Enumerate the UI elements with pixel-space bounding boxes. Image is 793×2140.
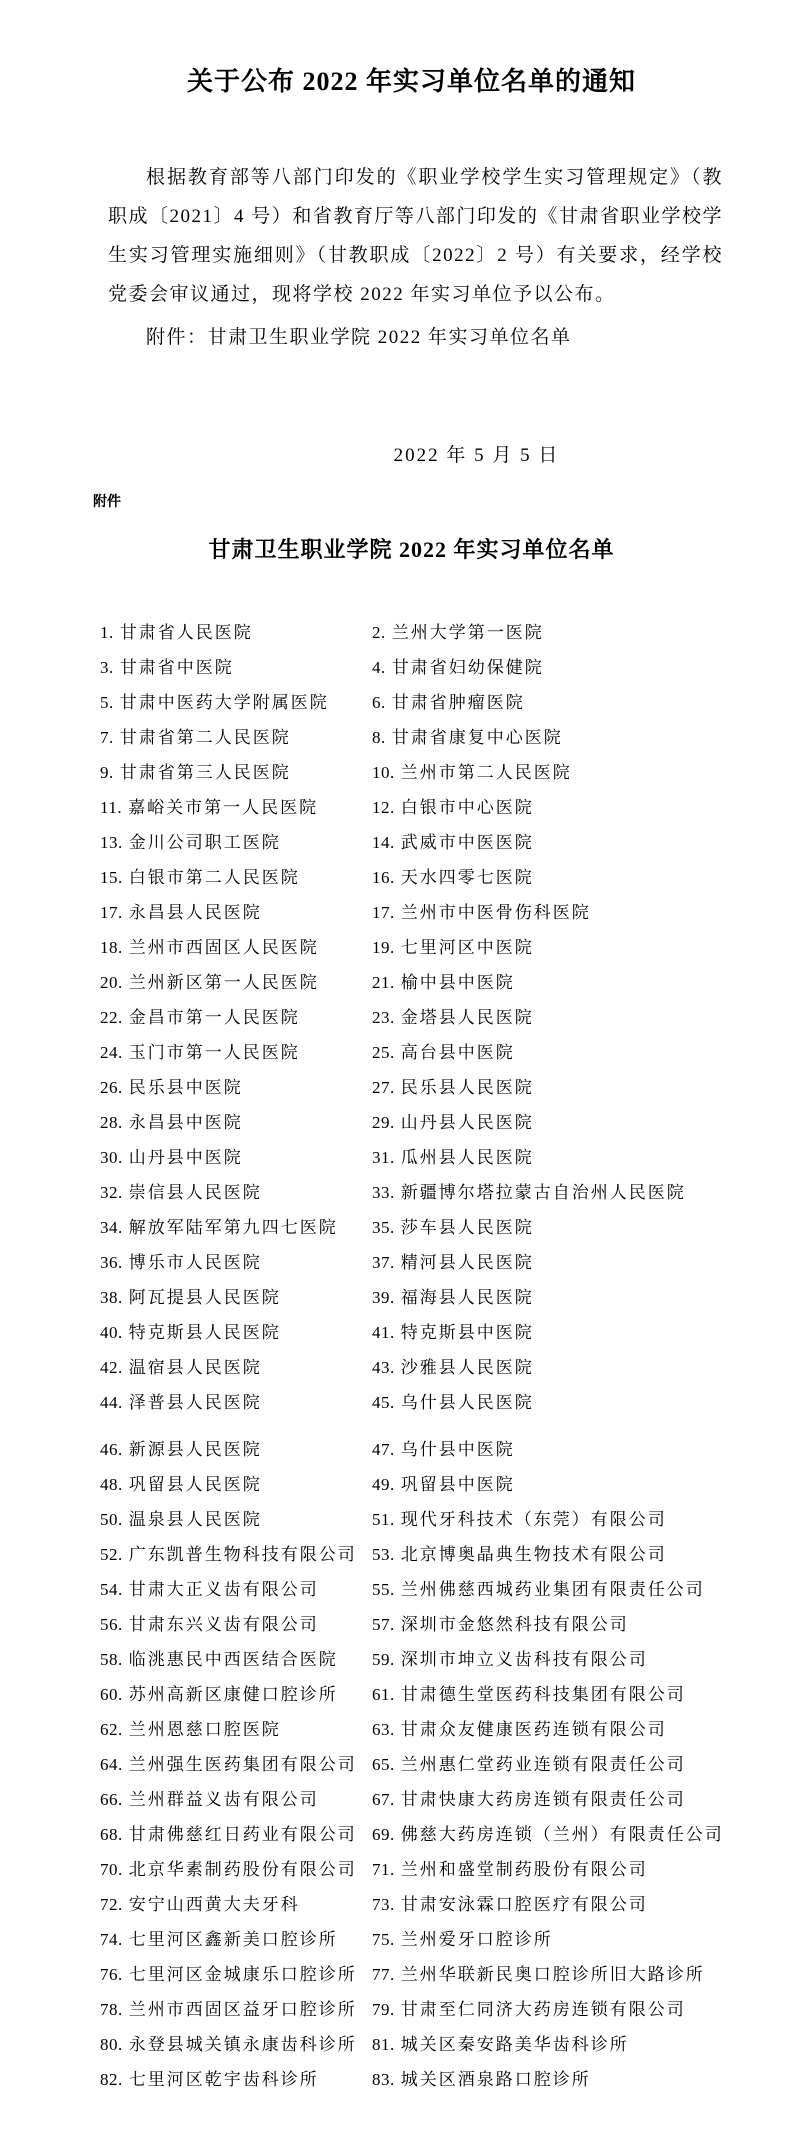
list-item: 72.安宁山西黄大夫牙科	[100, 1887, 372, 1922]
item-name: 深圳市坤立义齿科技有限公司	[401, 1650, 648, 1669]
item-name: 永昌县人民医院	[129, 903, 262, 922]
list-item: 60.苏州高新区康健口腔诊所	[100, 1677, 372, 1712]
list-item: 40.特克斯县人民医院	[100, 1315, 372, 1350]
list-item: 64.兰州强生医药集团有限公司	[100, 1747, 372, 1782]
item-number: 48.	[100, 1475, 123, 1494]
item-number: 59.	[372, 1650, 395, 1669]
item-name: 七里河区金城康乐口腔诊所	[129, 1965, 357, 1984]
item-name: 莎车县人民医院	[401, 1218, 534, 1237]
item-number: 55.	[372, 1580, 395, 1599]
item-number: 26.	[100, 1078, 123, 1097]
list-item: 77.兰州华联新民奥口腔诊所旧大路诊所	[372, 1957, 724, 1992]
item-name: 兰州市西固区人民医院	[129, 938, 319, 957]
list-item: 51.现代牙科技术（东莞）有限公司	[372, 1502, 724, 1537]
item-name: 兰州和盛堂制药股份有限公司	[401, 1860, 648, 1879]
item-number: 28.	[100, 1113, 123, 1132]
item-number: 30.	[100, 1148, 123, 1167]
item-name: 深圳市金悠然科技有限公司	[401, 1615, 629, 1634]
item-number: 34.	[100, 1218, 123, 1237]
item-name: 崇信县人民医院	[129, 1183, 262, 1202]
item-number: 64.	[100, 1755, 123, 1774]
item-name: 白银市第二人民医院	[129, 868, 300, 887]
item-number: 43.	[372, 1358, 395, 1377]
item-number: 74.	[100, 1930, 123, 1949]
list-item: 62.兰州恩慈口腔医院	[100, 1712, 372, 1747]
list-item: 34.解放军陆军第九四七医院	[100, 1210, 372, 1245]
list-item: 48.巩留县人民医院	[100, 1467, 372, 1502]
item-number: 41.	[372, 1323, 395, 1342]
item-name: 兰州佛慈西城药业集团有限责任公司	[401, 1580, 705, 1599]
item-number: 12.	[372, 798, 395, 817]
item-number: 2.	[372, 623, 386, 642]
item-name: 武威市中医医院	[401, 833, 534, 852]
list-item: 22.金昌市第一人民医院	[100, 1000, 372, 1035]
item-number: 4.	[372, 658, 386, 677]
item-number: 54.	[100, 1580, 123, 1599]
item-name: 福海县人民医院	[401, 1288, 534, 1307]
list-item: 4.甘肃省妇幼保健院	[372, 650, 723, 685]
item-number: 75.	[372, 1930, 395, 1949]
item-number: 23.	[372, 1008, 395, 1027]
item-number: 82.	[100, 2070, 123, 2089]
list-item: 44.泽普县人民医院	[100, 1385, 372, 1420]
item-number: 78.	[100, 2000, 123, 2019]
list-item: 81.城关区秦安路美华齿科诊所	[372, 2027, 724, 2062]
body-paragraph: 根据教育部等八部门印发的《职业学校学生实习管理规定》（教职成〔2021〕4 号）…	[108, 158, 723, 314]
item-name: 安宁山西黄大夫牙科	[129, 1895, 300, 1914]
item-name: 北京博奥晶典生物技术有限公司	[401, 1545, 667, 1564]
item-number: 17.	[100, 903, 123, 922]
list-item: 11.嘉峪关市第一人民医院	[100, 790, 372, 825]
item-name: 佛慈大药房连锁（兰州）有限责任公司	[401, 1825, 724, 1844]
item-number: 60.	[100, 1685, 123, 1704]
list-item: 76.七里河区金城康乐口腔诊所	[100, 1957, 372, 1992]
list-item: 57.深圳市金悠然科技有限公司	[372, 1607, 724, 1642]
item-name: 高台县中医院	[401, 1043, 515, 1062]
item-name: 温宿县人民医院	[129, 1358, 262, 1377]
item-number: 49.	[372, 1475, 395, 1494]
list-item: 18.兰州市西固区人民医院	[100, 930, 372, 965]
list-item: 65.兰州惠仁堂药业连锁有限责任公司	[372, 1747, 724, 1782]
item-number: 19.	[372, 938, 395, 957]
item-number: 37.	[372, 1253, 395, 1272]
item-number: 50.	[100, 1510, 123, 1529]
item-name: 北京华素制药股份有限公司	[129, 1860, 357, 1879]
item-number: 14.	[372, 833, 395, 852]
item-name: 兰州惠仁堂药业连锁有限责任公司	[401, 1755, 686, 1774]
list-item: 6.甘肃省肿瘤医院	[372, 685, 723, 720]
item-number: 11.	[100, 798, 122, 817]
list-item: 73.甘肃安泳霖口腔医疗有限公司	[372, 1887, 724, 1922]
item-name: 甘肃省康复中心医院	[392, 728, 563, 747]
unit-list-group-1: 1.甘肃省人民医院2.兰州大学第一医院3.甘肃省中医院4.甘肃省妇幼保健院5.甘…	[100, 615, 723, 1420]
list-item: 16.天水四零七医院	[372, 860, 723, 895]
list-item: 26.民乐县中医院	[100, 1070, 372, 1105]
item-name: 甘肃省第二人民医院	[120, 728, 291, 747]
item-number: 53.	[372, 1545, 395, 1564]
list-item: 45.乌什县人民医院	[372, 1385, 723, 1420]
item-name: 民乐县人民医院	[401, 1078, 534, 1097]
list-item: 75.兰州爱牙口腔诊所	[372, 1922, 724, 1957]
item-number: 20.	[100, 973, 123, 992]
item-number: 57.	[372, 1615, 395, 1634]
item-number: 36.	[100, 1253, 123, 1272]
list-item: 46.新源县人民医院	[100, 1432, 372, 1467]
item-number: 32.	[100, 1183, 123, 1202]
item-number: 21.	[372, 973, 395, 992]
item-number: 9.	[100, 763, 114, 782]
list-item: 67.甘肃快康大药房连锁有限责任公司	[372, 1782, 724, 1817]
list-item: 20.兰州新区第一人民医院	[100, 965, 372, 1000]
appendix-title: 甘肃卫生职业学院 2022 年实习单位名单	[100, 533, 723, 567]
notice-document: 关于公布 2022 年实习单位名单的通知 根据教育部等八部门印发的《职业学校学生…	[0, 0, 793, 2140]
item-name: 甘肃安泳霖口腔医疗有限公司	[401, 1895, 648, 1914]
item-number: 7.	[100, 728, 114, 747]
item-number: 67.	[372, 1790, 395, 1809]
item-name: 兰州市中医骨伤科医院	[401, 903, 591, 922]
item-name: 瓜州县人民医院	[401, 1148, 534, 1167]
item-name: 山丹县中医院	[129, 1148, 243, 1167]
list-item: 8.甘肃省康复中心医院	[372, 720, 723, 755]
item-name: 七里河区乾宇齿科诊所	[129, 2070, 319, 2089]
item-name: 民乐县中医院	[129, 1078, 243, 1097]
item-name: 沙雅县人民医院	[401, 1358, 534, 1377]
item-name: 甘肃众友健康医药连锁有限公司	[401, 1720, 667, 1739]
list-item: 14.武威市中医医院	[372, 825, 723, 860]
item-name: 天水四零七医院	[401, 868, 534, 887]
list-item: 1.甘肃省人民医院	[100, 615, 372, 650]
list-item: 3.甘肃省中医院	[100, 650, 372, 685]
list-item: 53.北京博奥晶典生物技术有限公司	[372, 1537, 724, 1572]
item-number: 73.	[372, 1895, 395, 1914]
appendix-label: 附件	[93, 491, 723, 511]
item-name: 甘肃佛慈红日药业有限公司	[129, 1825, 357, 1844]
item-name: 兰州新区第一人民医院	[129, 973, 319, 992]
item-number: 8.	[372, 728, 386, 747]
list-item: 41.特克斯县中医院	[372, 1315, 723, 1350]
item-number: 83.	[372, 2070, 395, 2089]
item-name: 白银市中心医院	[401, 798, 534, 817]
item-name: 甘肃至仁同济大药房连锁有限公司	[401, 2000, 686, 2019]
item-name: 乌什县中医院	[401, 1440, 515, 1459]
item-name: 新疆博尔塔拉蒙古自治州人民医院	[401, 1183, 686, 1202]
list-item: 24.玉门市第一人民医院	[100, 1035, 372, 1070]
item-name: 嘉峪关市第一人民医院	[128, 798, 318, 817]
item-name: 临洮惠民中西医结合医院	[129, 1650, 338, 1669]
item-name: 甘肃东兴义齿有限公司	[129, 1615, 319, 1634]
item-number: 42.	[100, 1358, 123, 1377]
list-item: 68.甘肃佛慈红日药业有限公司	[100, 1817, 372, 1852]
list-item: 10.兰州市第二人民医院	[372, 755, 723, 790]
item-number: 38.	[100, 1288, 123, 1307]
item-name: 山丹县人民医院	[401, 1113, 534, 1132]
item-name: 兰州市西固区益牙口腔诊所	[129, 2000, 357, 2019]
item-name: 兰州华联新民奥口腔诊所旧大路诊所	[401, 1965, 705, 1984]
item-number: 81.	[372, 2035, 395, 2054]
item-number: 77.	[372, 1965, 395, 1984]
item-name: 七里河区中医院	[401, 938, 534, 957]
item-name: 泽普县人民医院	[129, 1393, 262, 1412]
date-line: 2022 年 5 月 5 日	[230, 441, 723, 471]
list-item: 37.精河县人民医院	[372, 1245, 723, 1280]
list-item: 82.七里河区乾宇齿科诊所	[100, 2062, 372, 2097]
item-number: 29.	[372, 1113, 395, 1132]
item-number: 35.	[372, 1218, 395, 1237]
item-number: 76.	[100, 1965, 123, 1984]
list-item: 56.甘肃东兴义齿有限公司	[100, 1607, 372, 1642]
item-name: 温泉县人民医院	[129, 1510, 262, 1529]
list-item: 69.佛慈大药房连锁（兰州）有限责任公司	[372, 1817, 724, 1852]
list-item: 13.金川公司职工医院	[100, 825, 372, 860]
item-number: 56.	[100, 1615, 123, 1634]
item-name: 兰州爱牙口腔诊所	[401, 1930, 553, 1949]
item-number: 5.	[100, 693, 114, 712]
item-number: 58.	[100, 1650, 123, 1669]
item-number: 68.	[100, 1825, 123, 1844]
list-item: 54.甘肃大正义齿有限公司	[100, 1572, 372, 1607]
list-item: 29.山丹县人民医院	[372, 1105, 723, 1140]
item-name: 甘肃省中医院	[120, 658, 234, 677]
list-item: 70.北京华素制药股份有限公司	[100, 1852, 372, 1887]
item-name: 永昌县中医院	[129, 1113, 243, 1132]
item-name: 七里河区鑫新美口腔诊所	[129, 1930, 338, 1949]
item-number: 61.	[372, 1685, 395, 1704]
list-item: 49.巩留县中医院	[372, 1467, 724, 1502]
item-number: 6.	[372, 693, 386, 712]
item-name: 精河县人民医院	[401, 1253, 534, 1272]
item-name: 广东凯普生物科技有限公司	[129, 1545, 357, 1564]
item-name: 兰州强生医药集团有限公司	[129, 1755, 357, 1774]
item-number: 33.	[372, 1183, 395, 1202]
list-item: 27.民乐县人民医院	[372, 1070, 723, 1105]
item-number: 45.	[372, 1393, 395, 1412]
list-item: 42.温宿县人民医院	[100, 1350, 372, 1385]
list-item: 31.瓜州县人民医院	[372, 1140, 723, 1175]
list-item: 74.七里河区鑫新美口腔诊所	[100, 1922, 372, 1957]
item-number: 16.	[372, 868, 395, 887]
item-number: 63.	[372, 1720, 395, 1739]
list-item: 15.白银市第二人民医院	[100, 860, 372, 895]
item-name: 甘肃省妇幼保健院	[392, 658, 544, 677]
item-name: 特克斯县中医院	[401, 1323, 534, 1342]
item-number: 39.	[372, 1288, 395, 1307]
item-number: 79.	[372, 2000, 395, 2019]
list-item: 52.广东凯普生物科技有限公司	[100, 1537, 372, 1572]
item-number: 72.	[100, 1895, 123, 1914]
item-name: 博乐市人民医院	[129, 1253, 262, 1272]
item-name: 解放军陆军第九四七医院	[129, 1218, 338, 1237]
list-item: 32.崇信县人民医院	[100, 1175, 372, 1210]
item-name: 新源县人民医院	[129, 1440, 262, 1459]
item-name: 甘肃省人民医院	[120, 623, 253, 642]
item-name: 现代牙科技术（东莞）有限公司	[401, 1510, 667, 1529]
item-number: 66.	[100, 1790, 123, 1809]
list-item: 30.山丹县中医院	[100, 1140, 372, 1175]
item-number: 1.	[100, 623, 114, 642]
list-item: 33.新疆博尔塔拉蒙古自治州人民医院	[372, 1175, 723, 1210]
item-name: 甘肃德生堂医药科技集团有限公司	[401, 1685, 686, 1704]
list-item: 71.兰州和盛堂制药股份有限公司	[372, 1852, 724, 1887]
attachment-ref-line: 附件：甘肃卫生职业学院 2022 年实习单位名单	[108, 318, 723, 357]
list-item: 78.兰州市西固区益牙口腔诊所	[100, 1992, 372, 2027]
item-number: 10.	[372, 763, 395, 782]
item-number: 24.	[100, 1043, 123, 1062]
item-name: 甘肃中医药大学附属医院	[120, 693, 329, 712]
list-item: 19.七里河区中医院	[372, 930, 723, 965]
item-name: 榆中县中医院	[401, 973, 515, 992]
list-item: 39.福海县人民医院	[372, 1280, 723, 1315]
item-number: 51.	[372, 1510, 395, 1529]
list-item: 5.甘肃中医药大学附属医院	[100, 685, 372, 720]
item-number: 70.	[100, 1860, 123, 1879]
list-item: 80.永登县城关镇永康齿科诊所	[100, 2027, 372, 2062]
item-name: 金塔县人民医院	[401, 1008, 534, 1027]
item-number: 47.	[372, 1440, 395, 1459]
item-name: 阿瓦提县人民医院	[129, 1288, 281, 1307]
list-item: 7.甘肃省第二人民医院	[100, 720, 372, 755]
list-item: 35.莎车县人民医院	[372, 1210, 723, 1245]
list-item: 12.白银市中心医院	[372, 790, 723, 825]
item-name: 兰州大学第一医院	[392, 623, 544, 642]
list-item: 25.高台县中医院	[372, 1035, 723, 1070]
list-item: 47.乌什县中医院	[372, 1432, 724, 1467]
item-name: 兰州恩慈口腔医院	[129, 1720, 281, 1739]
list-item: 36.博乐市人民医院	[100, 1245, 372, 1280]
list-item: 83.城关区酒泉路口腔诊所	[372, 2062, 724, 2097]
item-name: 巩留县人民医院	[129, 1475, 262, 1494]
item-name: 甘肃快康大药房连锁有限责任公司	[401, 1790, 686, 1809]
list-item: 23.金塔县人民医院	[372, 1000, 723, 1035]
item-number: 65.	[372, 1755, 395, 1774]
item-name: 甘肃省第三人民医院	[120, 763, 291, 782]
list-item: 17.永昌县人民医院	[100, 895, 372, 930]
list-item: 43.沙雅县人民医院	[372, 1350, 723, 1385]
list-item: 28.永昌县中医院	[100, 1105, 372, 1140]
item-number: 13.	[100, 833, 123, 852]
list-item: 61.甘肃德生堂医药科技集团有限公司	[372, 1677, 724, 1712]
item-number: 40.	[100, 1323, 123, 1342]
item-number: 18.	[100, 938, 123, 957]
item-number: 22.	[100, 1008, 123, 1027]
item-name: 玉门市第一人民医院	[129, 1043, 300, 1062]
list-item: 58.临洮惠民中西医结合医院	[100, 1642, 372, 1677]
item-name: 金昌市第一人民医院	[129, 1008, 300, 1027]
list-item: 79.甘肃至仁同济大药房连锁有限公司	[372, 1992, 724, 2027]
item-number: 71.	[372, 1860, 395, 1879]
item-number: 15.	[100, 868, 123, 887]
list-item: 55.兰州佛慈西城药业集团有限责任公司	[372, 1572, 724, 1607]
item-name: 兰州群益义齿有限公司	[129, 1790, 319, 1809]
list-item: 21.榆中县中医院	[372, 965, 723, 1000]
list-item: 2.兰州大学第一医院	[372, 615, 723, 650]
item-name: 巩留县中医院	[401, 1475, 515, 1494]
page-title: 关于公布 2022 年实习单位名单的通知	[100, 62, 723, 102]
item-number: 44.	[100, 1393, 123, 1412]
item-name: 乌什县人民医院	[401, 1393, 534, 1412]
item-number: 69.	[372, 1825, 395, 1844]
list-item: 17.兰州市中医骨伤科医院	[372, 895, 723, 930]
item-number: 27.	[372, 1078, 395, 1097]
item-name: 永登县城关镇永康齿科诊所	[129, 2035, 357, 2054]
item-name: 金川公司职工医院	[129, 833, 281, 852]
item-name: 特克斯县人民医院	[129, 1323, 281, 1342]
item-number: 52.	[100, 1545, 123, 1564]
item-number: 17.	[372, 903, 395, 922]
list-item: 9.甘肃省第三人民医院	[100, 755, 372, 790]
item-number: 25.	[372, 1043, 395, 1062]
list-item: 59.深圳市坤立义齿科技有限公司	[372, 1642, 724, 1677]
item-name: 苏州高新区康健口腔诊所	[129, 1685, 338, 1704]
item-number: 80.	[100, 2035, 123, 2054]
item-number: 46.	[100, 1440, 123, 1459]
item-number: 3.	[100, 658, 114, 677]
item-number: 62.	[100, 1720, 123, 1739]
list-item: 38.阿瓦提县人民医院	[100, 1280, 372, 1315]
list-item: 50.温泉县人民医院	[100, 1502, 372, 1537]
item-name: 兰州市第二人民医院	[401, 763, 572, 782]
item-name: 甘肃大正义齿有限公司	[129, 1580, 319, 1599]
list-item: 63.甘肃众友健康医药连锁有限公司	[372, 1712, 724, 1747]
item-number: 31.	[372, 1148, 395, 1167]
item-name: 甘肃省肿瘤医院	[392, 693, 525, 712]
item-name: 城关区秦安路美华齿科诊所	[401, 2035, 629, 2054]
item-name: 城关区酒泉路口腔诊所	[401, 2070, 591, 2089]
unit-list-group-2: 46.新源县人民医院47.乌什县中医院48.巩留县人民医院49.巩留县中医院50…	[100, 1432, 723, 2097]
list-item: 66.兰州群益义齿有限公司	[100, 1782, 372, 1817]
